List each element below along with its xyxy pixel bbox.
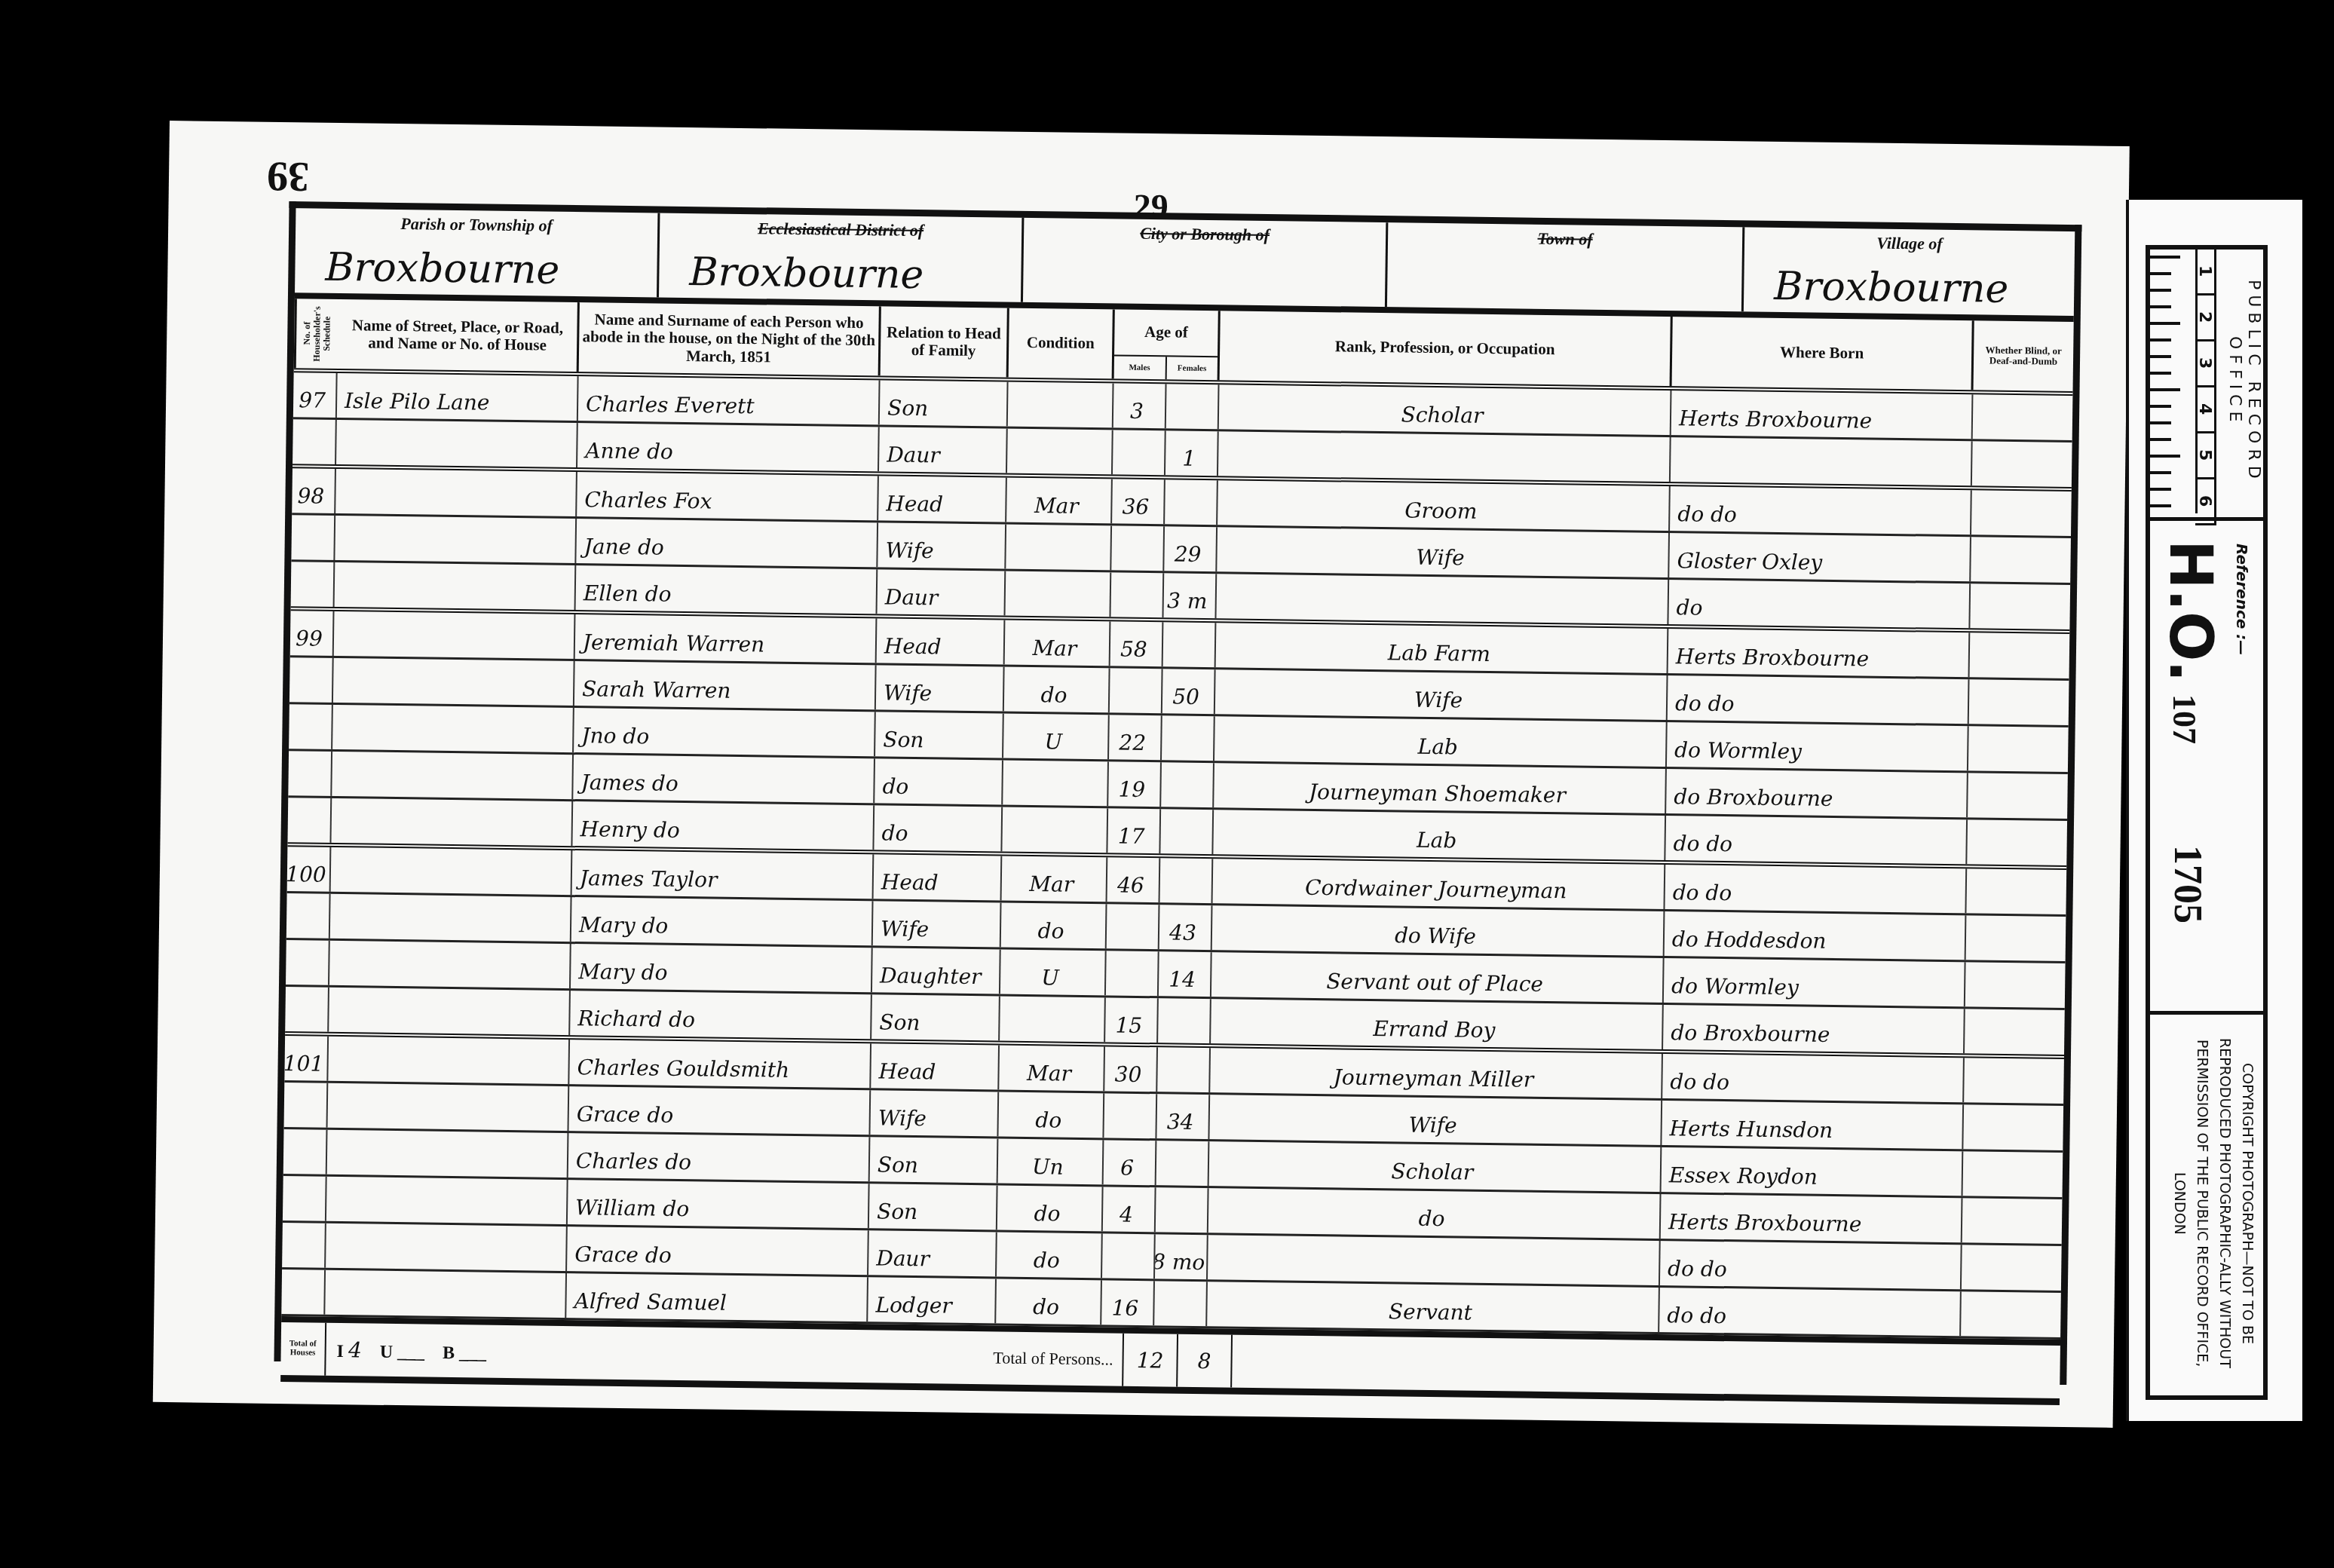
blind-cell [1967,819,2067,865]
female-age-cell [1165,479,1218,525]
header-street: Name of Street, Place, or Road, and Name… [338,299,580,372]
header-females: Females [1166,357,1218,380]
header-relation: Relation to Head of Family [881,306,1009,377]
header-condition: Condition [1009,308,1115,379]
street-cell [326,1223,568,1271]
blind-cell [1972,441,2072,487]
header-name: Name and Surname of each Person who abod… [579,302,881,375]
condition-cell: U [1000,950,1107,996]
where-born-cell: do [1668,580,1971,628]
female-age-cell [1162,715,1215,761]
where-born-cell: do do [1670,486,1972,534]
blind-cell [1963,1104,2063,1150]
scale-ruler [2150,250,2198,513]
female-age-cell: 50 [1162,669,1216,714]
occupation-cell: Lab [1213,810,1666,860]
village-value: Broxbourne [1774,264,2009,312]
blind-cell [1973,394,2073,440]
relation-cell: Son [880,380,1009,426]
occupation-cell: Errand Boy [1211,999,1664,1049]
name-cell: Charles Everett [578,376,881,424]
female-age-cell: 29 [1164,526,1218,571]
house-counts: I 4 U ___ B ___ [326,1323,578,1379]
header-schedule: No. of Householder's Schedule [294,299,338,369]
male-age-cell [1110,572,1164,617]
street-cell [326,1177,568,1224]
relation-cell: Lodger [868,1277,997,1323]
condition-cell [1003,761,1109,807]
male-age-cell: 46 [1107,857,1161,902]
condition-cell: U [1003,714,1110,760]
blind-cell [1969,679,2069,725]
occupation-cell [1216,574,1669,624]
female-age-cell: 34 [1156,1094,1210,1139]
occupation-cell: Wife [1209,1095,1662,1145]
condition-cell: do [998,1092,1104,1138]
village-cell: Village of Broxbourne [1744,227,2075,316]
condition-cell [1007,429,1113,475]
male-age-cell: 58 [1110,621,1164,666]
blind-cell [1971,537,2071,583]
village-label: Village of [1744,231,2075,256]
total-houses-label: Total of Houses [280,1322,326,1376]
street-cell [332,752,574,799]
scale-mark: 3 [2195,341,2216,387]
relation-cell: Daughter [872,948,1001,994]
name-cell: Mary do [571,897,874,945]
city-cell: City or Borough of [1023,218,1388,307]
schedule-cell [287,798,332,843]
town-label: Town of [1388,227,1742,251]
census-rows: 97Isle Pilo LaneCharles EverettSon3Schol… [281,372,2072,1340]
street-cell [335,562,577,610]
relation-cell: Son [870,1137,999,1183]
occupation-cell: Groom [1218,480,1671,531]
street-cell [327,1130,569,1178]
relation-cell: Son [871,994,1000,1040]
occupation-cell [1218,431,1671,482]
female-age-cell [1160,809,1214,854]
occupation-cell: Cordwainer Journeyman [1213,859,1666,909]
condition-cell [1002,807,1108,853]
schedule-cell [291,562,335,607]
condition-cell: Mar [999,1046,1105,1092]
name-cell: Anne do [577,423,880,471]
condition-cell: Un [998,1139,1104,1185]
street-cell [325,1270,567,1318]
schedule-cell: 97 [293,372,338,418]
condition-cell: do [997,1186,1104,1232]
street-cell [333,658,575,706]
schedule-cell [286,940,330,985]
where-born-cell: do do [1668,675,1970,724]
female-age-cell: 43 [1159,905,1213,950]
blind-cell [1964,1058,2064,1104]
street-cell [328,1037,570,1084]
male-age-cell: 19 [1108,761,1162,807]
blind-cell [1961,1291,2061,1337]
where-born-cell: Gloster Oxley [1669,533,1971,581]
name-cell: Ellen do [576,565,878,614]
name-cell: Mary do [571,944,873,992]
name-cell: Charles do [568,1133,871,1181]
male-age-cell: 16 [1101,1280,1155,1325]
relation-cell: Daur [879,427,1008,473]
street-cell [335,516,577,563]
reference-folio: 1705 [2165,845,2210,923]
name-cell: Jane do [576,519,878,567]
male-age-cell: 15 [1105,997,1159,1043]
relation-cell: Wife [876,665,1005,711]
name-cell: Jeremiah Warren [575,614,878,663]
city-label: City or Borough of [1024,222,1386,247]
scale-mark: 4 [2195,387,2216,433]
blind-cell [1970,632,2070,678]
schedule-cell: 98 [292,468,336,513]
occupation-cell: Lab Farm [1216,623,1669,673]
header-occupation: Rank, Profession, or Occupation [1220,311,1673,386]
relation-cell: Wife [870,1090,999,1136]
where-born-cell: do do [1660,1241,1962,1289]
occupation-cell: Servant [1207,1282,1660,1332]
street-cell [336,420,578,467]
header-where-born: Where Born [1672,317,1974,390]
male-age-cell [1107,904,1160,949]
male-age-cell: 36 [1112,479,1165,524]
schedule-cell [286,893,331,939]
building-count: B ___ [443,1338,486,1364]
name-cell: Richard do [570,991,872,1039]
where-born-cell: Herts Broxbourne [1661,1194,1963,1242]
male-age-cell [1113,430,1166,475]
blind-cell [1968,726,2069,772]
schedule-cell: 101 [284,1036,329,1081]
name-cell: Grace do [567,1227,869,1275]
female-age-cell: 8 mo [1155,1234,1208,1279]
ecclesiastical-label: Ecclesiastical District of [660,218,1022,242]
condition-cell [1008,382,1114,428]
where-born-cell: do do [1662,1054,1965,1102]
street-cell [328,1083,570,1131]
occupation-cell: do Wife [1212,905,1665,956]
blind-cell [1970,583,2070,629]
name-cell: Jno do [574,708,876,756]
schedule-cell [291,515,335,560]
blind-cell [1962,1198,2063,1244]
female-age-cell [1158,998,1211,1043]
relation-cell: do [874,805,1003,851]
condition-cell: do [996,1279,1102,1325]
condition-cell: Mar [1005,620,1111,666]
reference-class: H.O. [2156,540,2224,682]
female-age-cell [1166,384,1220,429]
census-page: 39 29 Parish or Township of Broxbourne E… [153,121,2130,1428]
parish-label: Parish or Township of [296,213,657,237]
male-age-cell [1110,668,1163,713]
blind-cell [1963,1151,2063,1197]
male-age-cell: 6 [1104,1140,1157,1185]
where-born-cell: Essex Roydon [1662,1147,1964,1196]
street-cell: Isle Pilo Lane [337,373,579,421]
male-age-cell [1104,1093,1157,1138]
condition-cell [1006,525,1112,571]
scale-mark: 1 [2195,250,2216,296]
reference-strip: 123456 PUBLIC RECORD OFFICE Reference :—… [2126,200,2302,1421]
relation-cell: Head [878,476,1007,522]
where-born-cell: Herts Hunsdon [1662,1101,1964,1149]
uninhabited-count: U ___ [380,1337,425,1363]
name-cell: James do [573,755,875,803]
occupation-cell: Journeyman Shoemaker [1214,763,1667,813]
where-born-cell: do Broxbourne [1663,1005,1965,1053]
male-age-cell: 30 [1104,1046,1158,1092]
parish-value: Broxbourne [325,245,560,293]
schedule-cell [283,1129,328,1174]
scale-mark: 5 [2195,433,2216,479]
where-born-cell: do do [1665,816,1968,864]
ecclesiastical-value: Broxbourne [689,250,924,298]
name-cell: Charles Gouldsmith [569,1040,871,1088]
inhabited-count: I 4 [336,1337,362,1362]
occupation-cell: Wife [1215,669,1668,720]
blind-cell [1966,868,2066,914]
relation-cell: do [874,758,1003,804]
schedule-cell [285,987,329,1032]
where-born-cell: do do [1659,1288,1962,1336]
female-age-cell [1157,1047,1211,1092]
where-born-cell: do Hoddesdon [1665,911,1967,960]
schedule-cell [282,1223,326,1268]
schedule-cell [289,704,333,749]
reference-label: Reference :— [2233,544,2251,655]
relation-cell: Head [874,854,1003,900]
street-cell [332,705,574,752]
male-age-cell: 4 [1103,1187,1156,1232]
blind-cell [1965,962,2066,1008]
header-males: Males [1114,356,1167,379]
parish-cell: Parish or Township of Broxbourne [295,208,660,297]
schedule-cell [289,657,334,703]
where-born-cell: do Wormley [1667,722,1969,770]
female-age-cell [1154,1281,1208,1326]
relation-cell: Daur [868,1230,997,1276]
schedule-cell: 100 [287,847,332,892]
male-age-cell [1106,951,1159,996]
condition-cell [1000,997,1106,1043]
scale-mark: 2 [2195,296,2216,341]
name-cell: William do [568,1180,870,1228]
condition-cell: Mar [1006,478,1113,524]
name-cell: Henry do [572,801,874,850]
female-age-cell [1161,762,1214,807]
male-age-cell [1111,525,1165,571]
relation-cell: Son [869,1184,998,1230]
office-title: PUBLIC RECORD OFFICE [2237,250,2263,513]
schedule-cell [283,1176,327,1221]
condition-cell [1006,571,1112,617]
occupation-cell [1208,1235,1661,1285]
relation-cell: Daur [878,569,1006,615]
male-age-cell: 22 [1109,715,1162,760]
male-age-cell: 3 [1113,383,1167,428]
relation-cell: Wife [878,522,1006,568]
schedule-cell [293,419,337,464]
where-born-cell: do Wormley [1664,958,1966,1006]
female-age-cell [1156,1141,1210,1186]
blind-cell [1966,915,2066,961]
town-cell: Town of [1387,222,1744,311]
street-cell [331,847,573,895]
blind-cell [1965,1009,2065,1055]
where-born-cell: Herts Broxbourne [1668,629,1971,677]
female-age-cell: 3 m [1163,573,1217,618]
occupation-cell: Scholar [1209,1141,1662,1192]
condition-cell: do [1001,903,1107,949]
occupation-cell: do [1208,1188,1662,1239]
occupation-cell: Wife [1217,527,1670,577]
name-cell: Grace do [569,1086,871,1135]
occupation-cell: Lab [1214,716,1668,767]
name-cell: Alfred Samuel [566,1273,868,1321]
condition-cell: Mar [1002,856,1108,902]
occupation-cell: Servant out of Place [1211,952,1665,1003]
female-age-cell: 14 [1159,951,1212,997]
corner-folio-number: 39 [267,152,310,201]
schedule-cell [288,751,332,796]
female-age-cell [1156,1187,1209,1233]
schedule-cell: 99 [290,611,335,656]
name-cell: James Taylor [572,850,874,899]
occupation-cell: Scholar [1219,384,1672,435]
schedule-cell [284,1083,329,1128]
blind-cell [1962,1245,2062,1291]
copyright-notice: COPYRIGHT PHOTOGRAPH—NOT TO BE REPRODUCE… [2153,1018,2259,1388]
schedule-cell [281,1269,326,1315]
female-age-cell [1163,622,1217,667]
total-persons-label: Total of Persons... [577,1326,1124,1386]
female-age-cell: 1 [1165,430,1219,476]
name-cell: Charles Fox [577,472,879,520]
relation-cell: Son [875,712,1004,758]
relation-cell: Head [877,618,1006,664]
where-born-cell: do Broxbourne [1666,769,1968,817]
relation-cell: Head [871,1043,1000,1089]
reference-piece: 107 [2165,694,2204,744]
where-born-cell [1671,437,1973,485]
blind-cell [1971,490,2072,536]
female-age-cell [1160,858,1214,903]
street-cell [329,988,571,1035]
condition-cell: do [1004,667,1110,713]
male-age-cell [1102,1233,1156,1279]
street-cell [335,469,577,516]
street-cell [330,894,572,942]
condition-cell: do [997,1232,1103,1278]
street-cell [334,611,576,659]
reference-number-box: Reference :— H.O. 107 1705 [2150,517,2263,1015]
relation-cell: Wife [873,901,1002,947]
census-form: Parish or Township of Broxbourne Ecclesi… [274,201,2081,1385]
header-age-label: Age of [1114,309,1218,357]
total-females: 8 [1178,1334,1233,1388]
total-males: 12 [1123,1334,1178,1387]
where-born-cell: Herts Broxbourne [1671,390,1974,439]
reference-box: 123456 PUBLIC RECORD OFFICE Reference :—… [2146,245,2268,1400]
header-blind-deaf: Whether Blind, or Deaf-and-Dumb [1974,320,2074,391]
ecclesiastical-cell: Ecclesiastical District of Broxbourne [659,213,1024,302]
where-born-cell: do do [1665,865,1967,913]
occupation-cell: Journeyman Miller [1210,1048,1663,1098]
name-cell: Sarah Warren [574,661,877,709]
male-age-cell: 17 [1107,808,1161,853]
header-age: Age of Males Females [1114,309,1221,380]
street-cell [329,941,571,988]
blind-cell [1968,773,2068,819]
street-cell [331,798,573,846]
